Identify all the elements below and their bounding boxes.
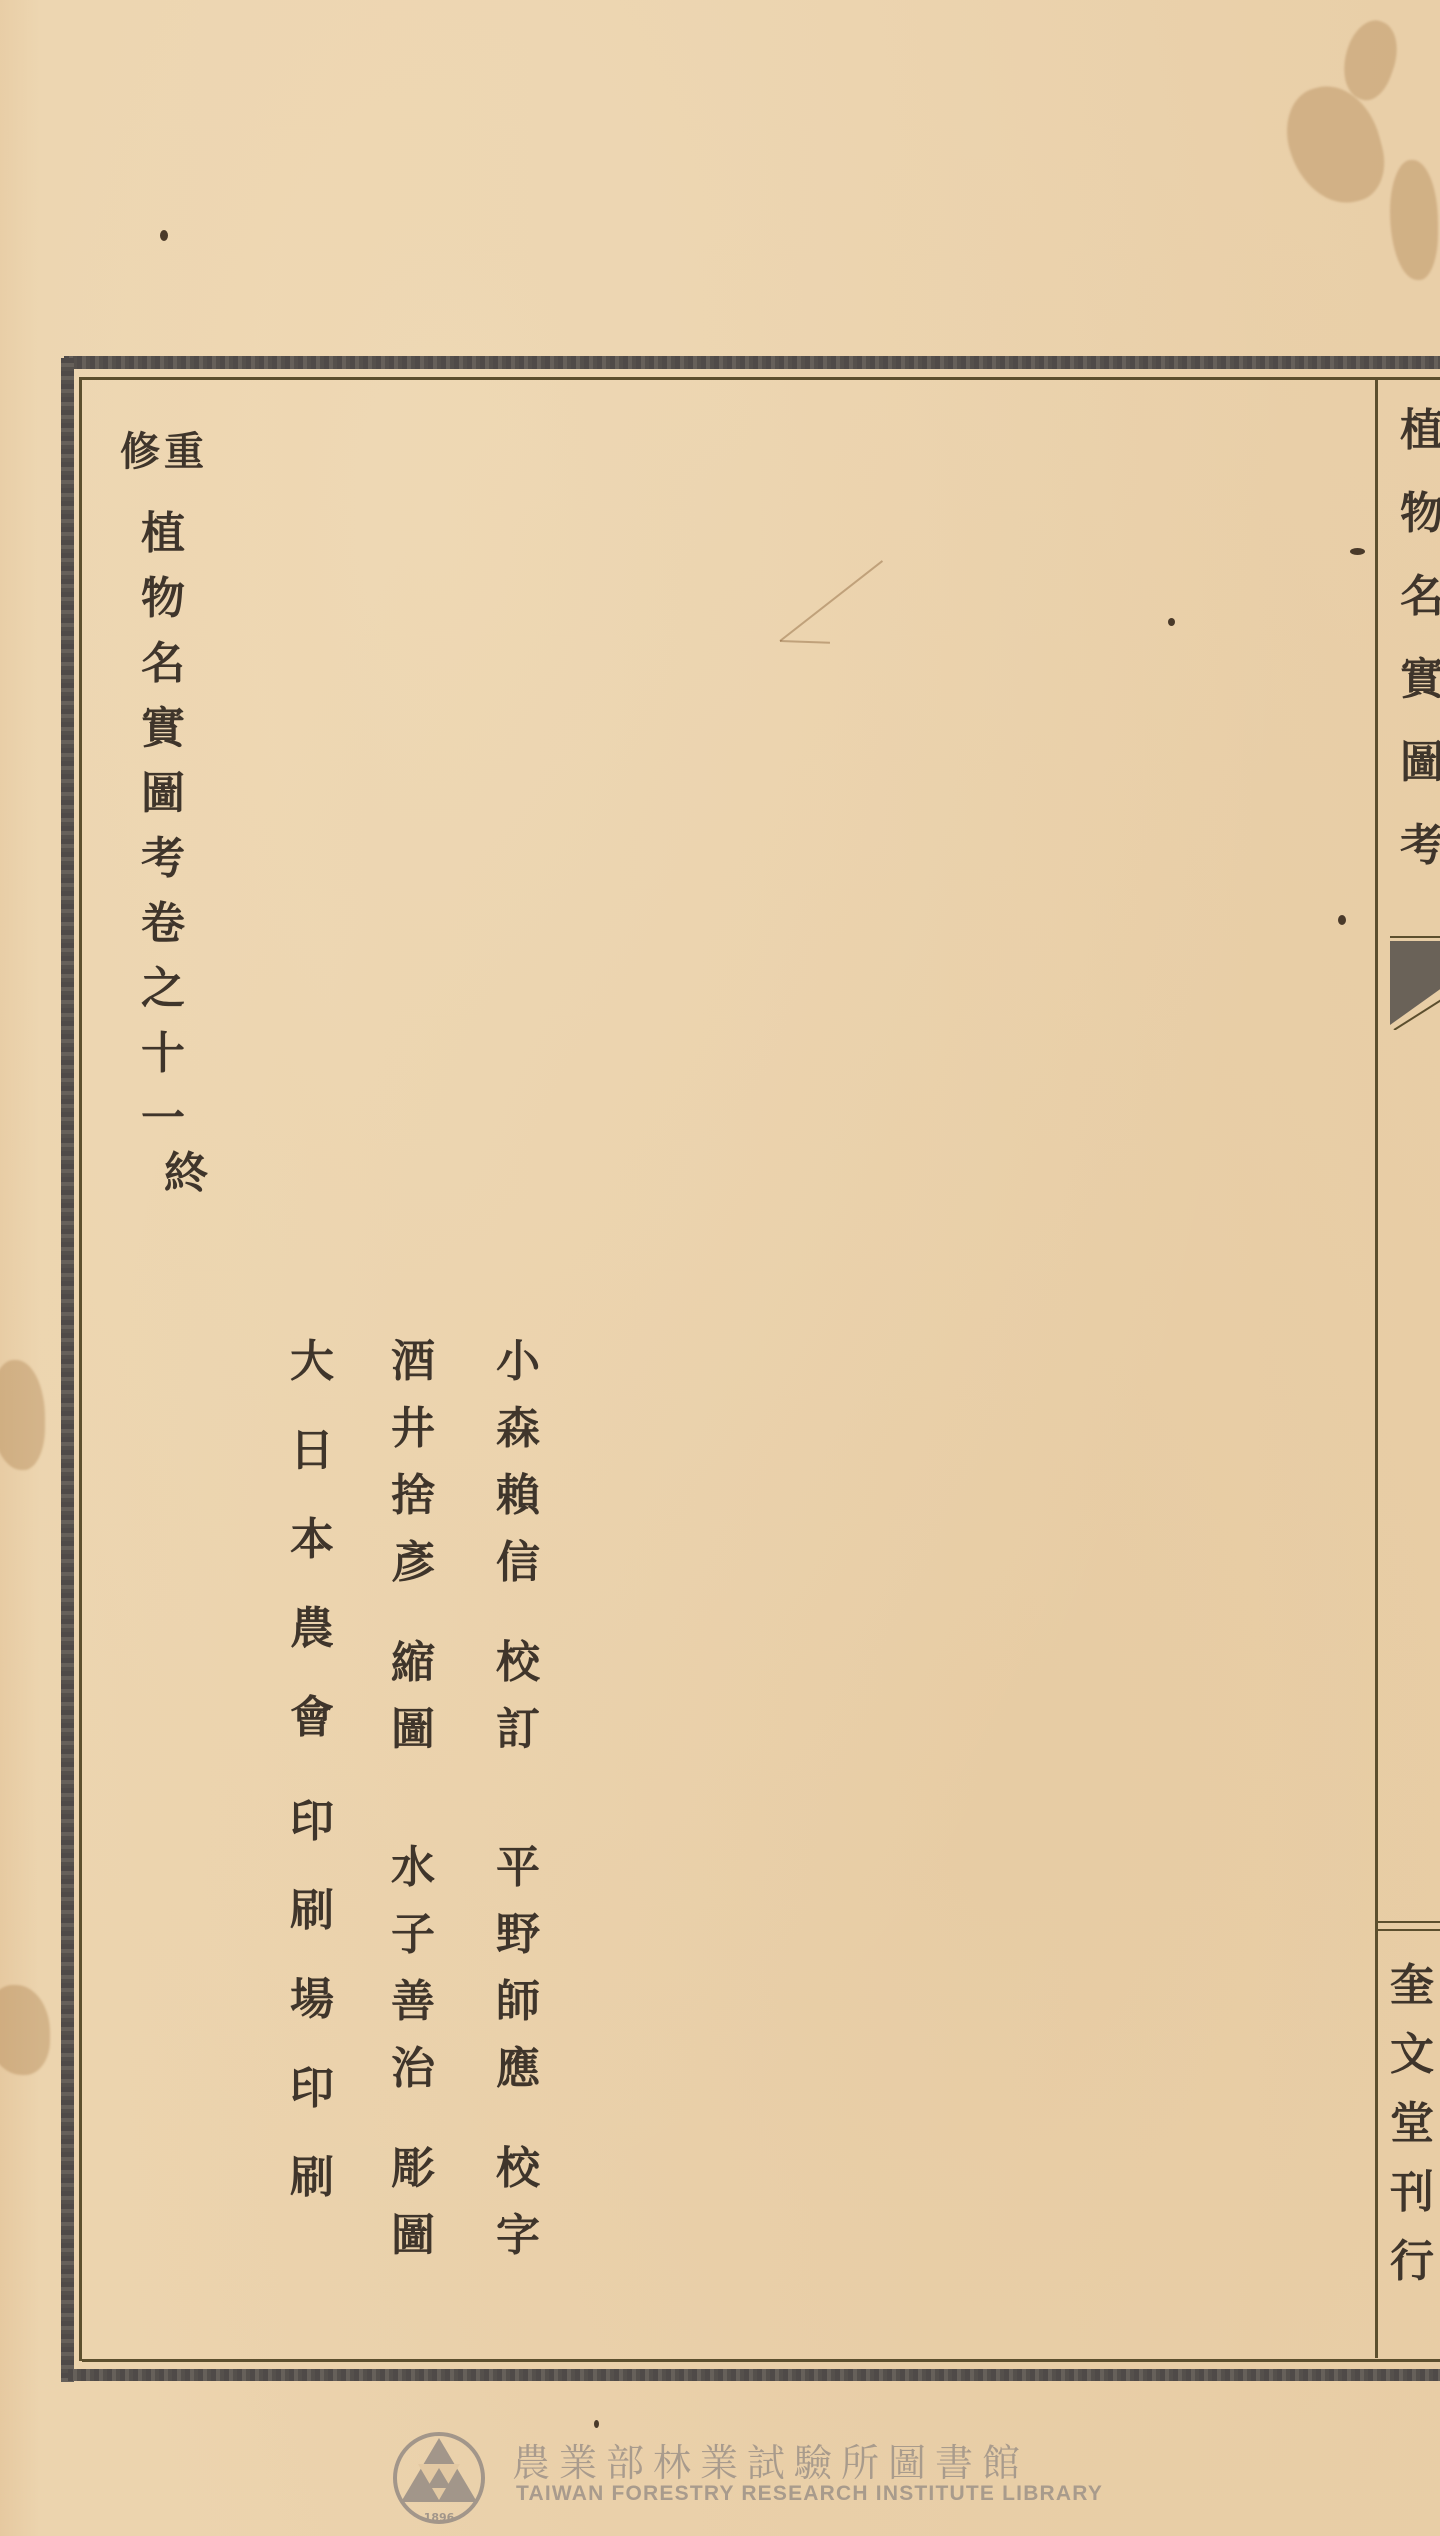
watermark-subtitle: TAIWAN FORESTRY RESEARCH INSTITUTE LIBRA…: [516, 2482, 1103, 2506]
credit-char: 訂: [492, 1704, 544, 1756]
credit-char: 刷: [286, 1885, 338, 1937]
centerfold-title-char: 實: [1396, 654, 1440, 706]
stain-top-right-3: [1390, 160, 1438, 280]
credit-char: 水: [387, 1842, 439, 1894]
credit-printer-role: 印 刷 場 印 刷: [286, 1796, 338, 2204]
credit-char: 子: [387, 1909, 439, 1961]
credit-char: 大: [286, 1336, 338, 1388]
stain-left-1: [0, 1360, 45, 1470]
speck: [1350, 548, 1365, 555]
title-char: 實: [137, 703, 189, 755]
publisher-char: 刊: [1386, 2167, 1438, 2219]
credit-char: 縮: [387, 1637, 439, 1689]
publisher-char: 行: [1386, 2236, 1438, 2288]
credit-char: 信: [492, 1537, 544, 1589]
watermark-title: 農業部林業試驗所圖書館: [512, 2432, 1029, 2487]
centerfold-rule-1: [1378, 1921, 1440, 1923]
credit-char: 賴: [492, 1470, 544, 1522]
credit-char: 校: [492, 2143, 544, 2195]
frame-bottom-outer: [68, 2369, 1440, 2381]
annotation-char: 修: [118, 430, 162, 474]
centerfold-title-char: 考: [1396, 820, 1440, 872]
credit-char: 井: [387, 1403, 439, 1455]
credit-char: 治: [387, 2043, 439, 2095]
credit-char: 捨: [387, 1470, 439, 1522]
frame-top-inner: [82, 377, 1440, 380]
credit-printer-org: 大 日 本 農 會: [286, 1336, 338, 1744]
fiber: [780, 640, 830, 644]
credit-char: 彥: [387, 1537, 439, 1589]
paper-background: [0, 0, 1440, 2536]
title-column: 植 物 名 實 圖 考 卷 之 十 一: [137, 508, 189, 1145]
credit-char: 圖: [387, 2210, 439, 2262]
credit-name-komori: 小 森 賴 信: [492, 1336, 544, 1589]
centerfold-title-char: 物: [1396, 488, 1440, 540]
title-char: 物: [137, 573, 189, 625]
centerfold-publisher: 奎 文 堂 刊 行: [1386, 1960, 1438, 2288]
centerfold-rule-2: [1378, 1929, 1440, 1931]
credit-char: 善: [387, 1976, 439, 2028]
credit-role: 彫 圖: [387, 2143, 439, 2262]
credit-char: 本: [286, 1514, 338, 1566]
credit-char: 印: [286, 2063, 338, 2115]
frame-bottom-inner: [82, 2359, 1440, 2362]
stain-left-2: [0, 1985, 50, 2075]
centerfold-book-title: 植 物 名 實 圖 考: [1392, 395, 1440, 915]
annotation-char: 重: [162, 430, 206, 474]
publisher-char: 奎: [1386, 1960, 1438, 2012]
centerfold-title-char: 植: [1396, 405, 1440, 457]
title-char: 名: [137, 638, 189, 690]
title-char: 一: [137, 1093, 189, 1145]
credit-name-mizuko: 水 子 善 治: [387, 1842, 439, 2095]
forestry-institute-logo-icon: 1896: [378, 2418, 500, 2536]
credit-char: 印: [286, 1796, 338, 1848]
svg-text:1896: 1896: [424, 2511, 455, 2524]
credit-char: 字: [492, 2210, 544, 2262]
credit-char: 校: [492, 1637, 544, 1689]
credit-char: 彫: [387, 2143, 439, 2195]
credit-char: 農: [286, 1603, 338, 1655]
credits-column-2: 酒 井 捨 彥 縮 圖 水 子 善 治 彫 圖: [387, 1336, 439, 2262]
speck: [160, 230, 168, 241]
publisher-char: 堂: [1386, 2098, 1438, 2150]
credit-char: 師: [492, 1976, 544, 2028]
credit-char: 平: [492, 1842, 544, 1894]
end-char: 終: [160, 1148, 212, 1200]
credit-char: 日: [286, 1425, 338, 1477]
credits-column-3: 大 日 本 農 會 印 刷 場 印 刷: [286, 1336, 338, 2204]
publisher-char: 文: [1386, 2029, 1438, 2081]
title-char: 十: [137, 1028, 189, 1080]
speck: [1168, 618, 1175, 626]
credit-name-hirano: 平 野 師 應: [492, 1842, 544, 2095]
title-end-mark: 終: [160, 1148, 212, 1200]
frame-left-inner: [79, 377, 82, 2361]
centerfold-title-char: 名: [1396, 571, 1440, 623]
title-char: 卷: [137, 898, 189, 950]
credit-char: 圖: [387, 1704, 439, 1756]
credit-char: 野: [492, 1909, 544, 1961]
credit-char: 森: [492, 1403, 544, 1455]
credits-column-1: 小 森 賴 信 校 訂 平 野 師 應 校 字: [492, 1336, 544, 2262]
centerfold-divider: [1375, 380, 1378, 2358]
speck: [1338, 915, 1346, 925]
credit-role: 校 訂: [492, 1637, 544, 1756]
fishtail-mark-icon: [1386, 935, 1440, 1030]
credit-char: 酒: [387, 1336, 439, 1388]
credit-role: 縮 圖: [387, 1637, 439, 1756]
frame-left-outer: [61, 358, 74, 2382]
credit-char: 場: [286, 1974, 338, 2026]
credit-char: 小: [492, 1336, 544, 1388]
credit-name-sakai: 酒 井 捨 彥: [387, 1336, 439, 1589]
frame-top-outer: [64, 356, 1440, 369]
title-char: 考: [137, 833, 189, 885]
credit-role: 校 字: [492, 2143, 544, 2262]
title-annotation: 重 修: [118, 430, 206, 474]
speck: [594, 2420, 599, 2428]
title-char: 之: [137, 963, 189, 1015]
credit-char: 應: [492, 2043, 544, 2095]
credit-char: 會: [286, 1692, 338, 1744]
title-char: 植: [137, 508, 189, 560]
credit-char: 刷: [286, 2152, 338, 2204]
fiber: [779, 560, 883, 642]
centerfold-title-char: 圖: [1396, 737, 1440, 789]
title-char: 圖: [137, 768, 189, 820]
